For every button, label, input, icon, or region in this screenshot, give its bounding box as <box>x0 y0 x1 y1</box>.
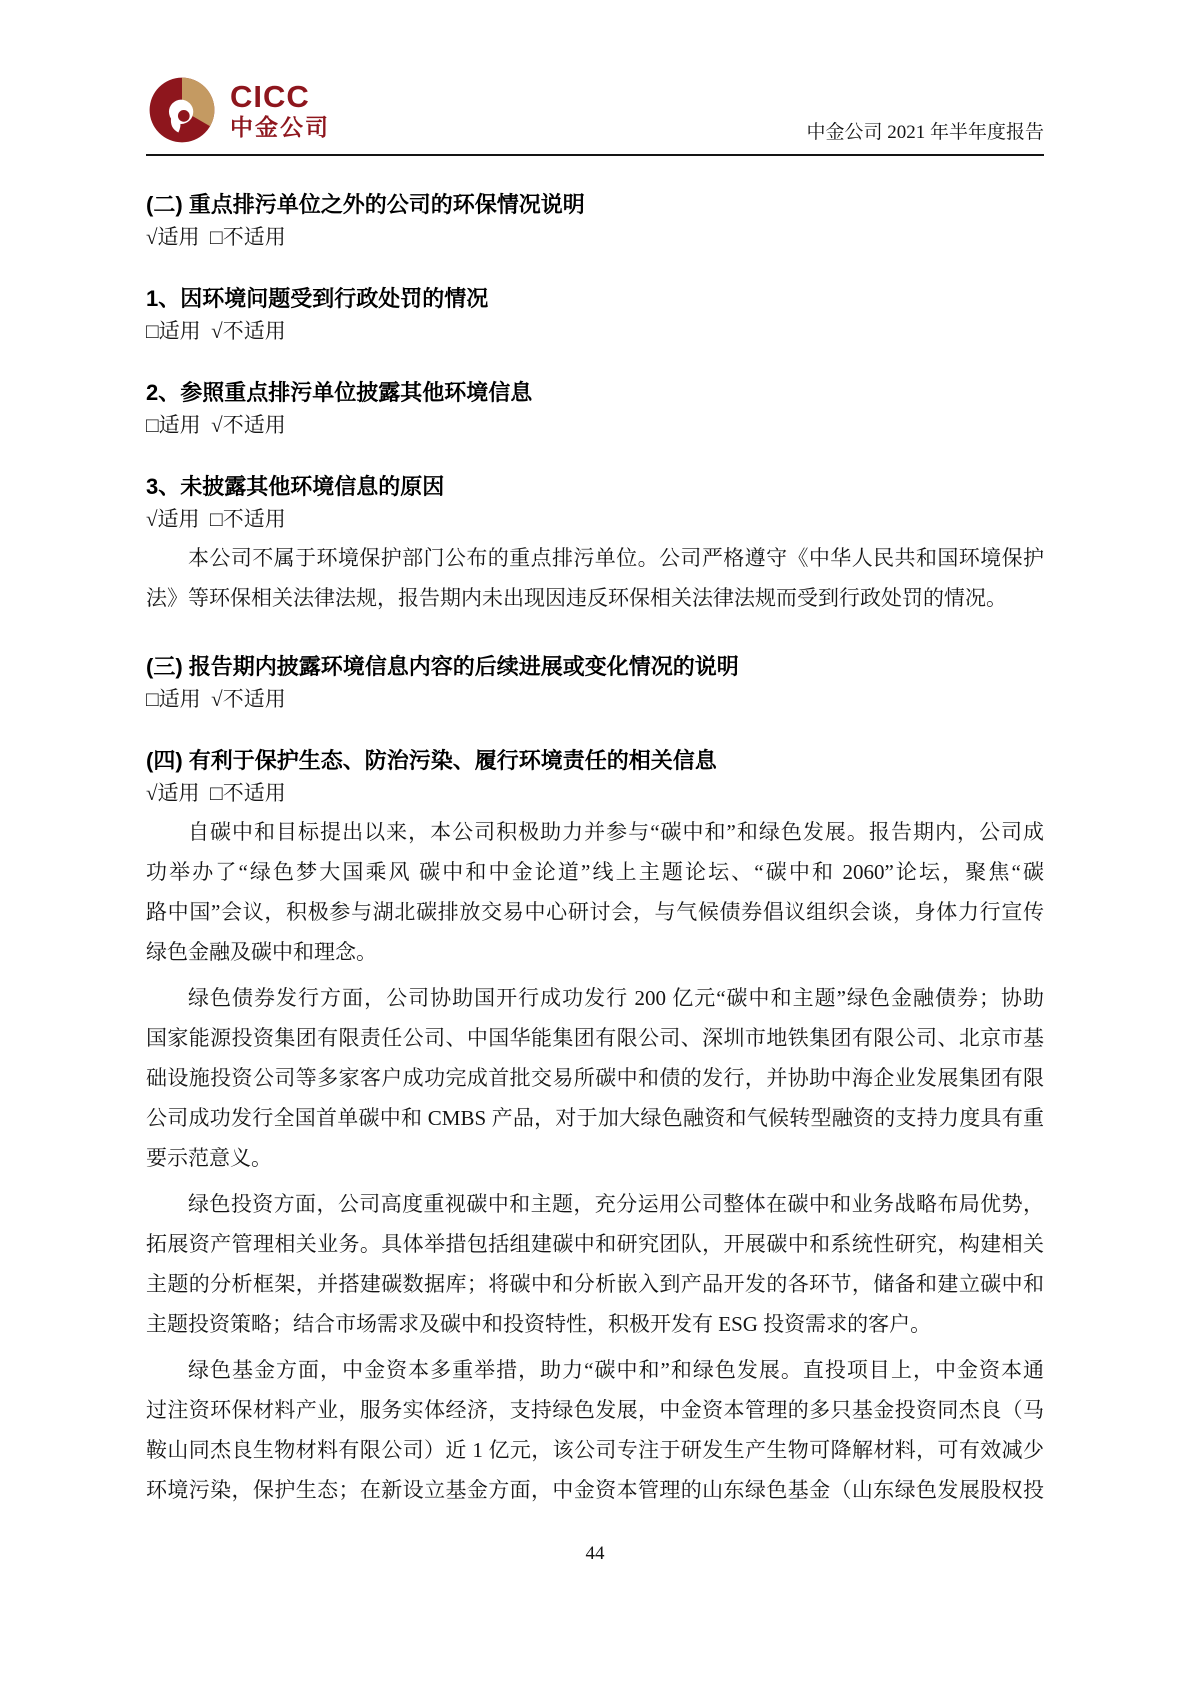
section-heading: (四) 有利于保护生态、防治污染、履行环境责任的相关信息 <box>146 748 1044 774</box>
paragraph-line: 绿色金融及碳中和理念。 <box>146 932 1044 972</box>
subsection-3: 3、未披露其他环境信息的原因 √适用 □不适用 本公司不属于环境保护部门公布的重… <box>146 474 1044 618</box>
cicc-logo-text: CICC 中金公司 <box>230 81 330 139</box>
section-heading: 3、未披露其他环境信息的原因 <box>146 474 1044 500</box>
paragraph-line: 绿色基金方面，中金资本多重举措，助力“碳中和”和绿色发展。直投项目上，中金资本通 <box>146 1350 1044 1390</box>
section-heading: 2、参照重点排污单位披露其他环境信息 <box>146 380 1044 406</box>
body-paragraph: 自碳中和目标提出以来，本公司积极助力并参与“碳中和”和绿色发展。报告期内，公司成… <box>146 812 1044 972</box>
paragraph-line: 公司成功发行全国首单碳中和 CMBS 产品，对于加大绿色融资和气候转型融资的支持… <box>146 1098 1044 1138</box>
paragraph-line: 绿色债券发行方面，公司协助国开行成功发行 200 亿元“碳中和主题”绿色金融债券… <box>146 978 1044 1018</box>
paragraph-line: 拓展资产管理相关业务。具体举措包括组建碳中和研究团队，开展碳中和系统性研究，构建… <box>146 1224 1044 1264</box>
paragraph-line: 路中国”会议，积极参与湖北碳排放交易中心研讨会，与气候债券倡议组织会谈，身体力行… <box>146 892 1044 932</box>
paragraph-line: 功举办了“绿色梦大国乘风 碳中和中金论道”线上主题论坛、“碳中和 2060”论坛… <box>146 852 1044 892</box>
subsection-2: 2、参照重点排污单位披露其他环境信息 □适用 √不适用 <box>146 380 1044 438</box>
page-number: 44 <box>0 1543 1190 1565</box>
applicability-line: √适用 □不适用 <box>146 506 1044 532</box>
section-4: (四) 有利于保护生态、防治污染、履行环境责任的相关信息 √适用 □不适用 自碳… <box>146 748 1044 1510</box>
paragraph-line: 绿色投资方面，公司高度重视碳中和主题，充分运用公司整体在碳中和业务战略布局优势， <box>146 1184 1044 1224</box>
paragraph-line: 鞍山同杰良生物材料有限公司）近 1 亿元，该公司专注于研发生产生物可降解材料，可… <box>146 1430 1044 1470</box>
paragraph-line: 自碳中和目标提出以来，本公司积极助力并参与“碳中和”和绿色发展。报告期内，公司成 <box>146 812 1044 852</box>
cicc-logo: CICC 中金公司 <box>146 74 330 146</box>
subsection-1: 1、因环境问题受到行政处罚的情况 □适用 √不适用 <box>146 286 1044 344</box>
paragraph-line: 环境污染，保护生态；在新设立基金方面，中金资本管理的山东绿色基金（山东绿色发展股… <box>146 1470 1044 1510</box>
paragraph-line: 过注资环保材料产业，服务实体经济，支持绿色发展，中金资本管理的多只基金投资同杰良… <box>146 1390 1044 1430</box>
body-paragraph: 绿色投资方面，公司高度重视碳中和主题，充分运用公司整体在碳中和业务战略布局优势，… <box>146 1184 1044 1344</box>
body-paragraph: 绿色债券发行方面，公司协助国开行成功发行 200 亿元“碳中和主题”绿色金融债券… <box>146 978 1044 1178</box>
paragraph-line: 法》等环保相关法律法规，报告期内未出现因违反环保相关法律法规而受到行政处罚的情况… <box>146 578 1044 618</box>
section-2: (二) 重点排污单位之外的公司的环保情况说明 √适用 □不适用 <box>146 192 1044 250</box>
applicability-line: √适用 □不适用 <box>146 224 1044 250</box>
section-3: (三) 报告期内披露环境信息内容的后续进展或变化情况的说明 □适用 √不适用 <box>146 654 1044 712</box>
report-page: CICC 中金公司 中金公司 2021 年半年度报告 (二) 重点排污单位之外的… <box>0 0 1190 1683</box>
logo-latin-name: CICC <box>230 81 330 112</box>
applicability-line: □适用 √不适用 <box>146 412 1044 438</box>
paragraph-line: 本公司不属于环境保护部门公布的重点排污单位。公司严格遵守《中华人民共和国环境保护 <box>146 538 1044 578</box>
section-heading: (三) 报告期内披露环境信息内容的后续进展或变化情况的说明 <box>146 654 1044 680</box>
section-heading: (二) 重点排污单位之外的公司的环保情况说明 <box>146 192 1044 218</box>
cicc-logo-icon <box>146 74 218 146</box>
paragraph-line: 要示范意义。 <box>146 1138 1044 1178</box>
body-paragraph: 绿色基金方面，中金资本多重举措，助力“碳中和”和绿色发展。直投项目上，中金资本通… <box>146 1350 1044 1510</box>
paragraph-line: 主题的分析框架，并搭建碳数据库；将碳中和分析嵌入到产品开发的各环节，储备和建立碳… <box>146 1264 1044 1304</box>
paragraph-line: 础设施投资公司等多家客户成功完成首批交易所碳中和债的发行，并协助中海企业发展集团… <box>146 1058 1044 1098</box>
applicability-line: √适用 □不适用 <box>146 780 1044 806</box>
page-header: CICC 中金公司 中金公司 2021 年半年度报告 <box>146 0 1044 156</box>
paragraph-line: 国家能源投资集团有限责任公司、中国华能集团有限公司、深圳市地铁集团有限公司、北京… <box>146 1018 1044 1058</box>
paragraph-line: 主题投资策略；结合市场需求及碳中和投资特性，积极开发有 ESG 投资需求的客户。 <box>146 1304 1044 1344</box>
logo-chinese-name: 中金公司 <box>230 116 330 139</box>
report-title: 中金公司 2021 年半年度报告 <box>806 117 1044 146</box>
section-heading: 1、因环境问题受到行政处罚的情况 <box>146 286 1044 312</box>
applicability-line: □适用 √不适用 <box>146 686 1044 712</box>
body-paragraph: 本公司不属于环境保护部门公布的重点排污单位。公司严格遵守《中华人民共和国环境保护… <box>146 538 1044 618</box>
applicability-line: □适用 √不适用 <box>146 318 1044 344</box>
